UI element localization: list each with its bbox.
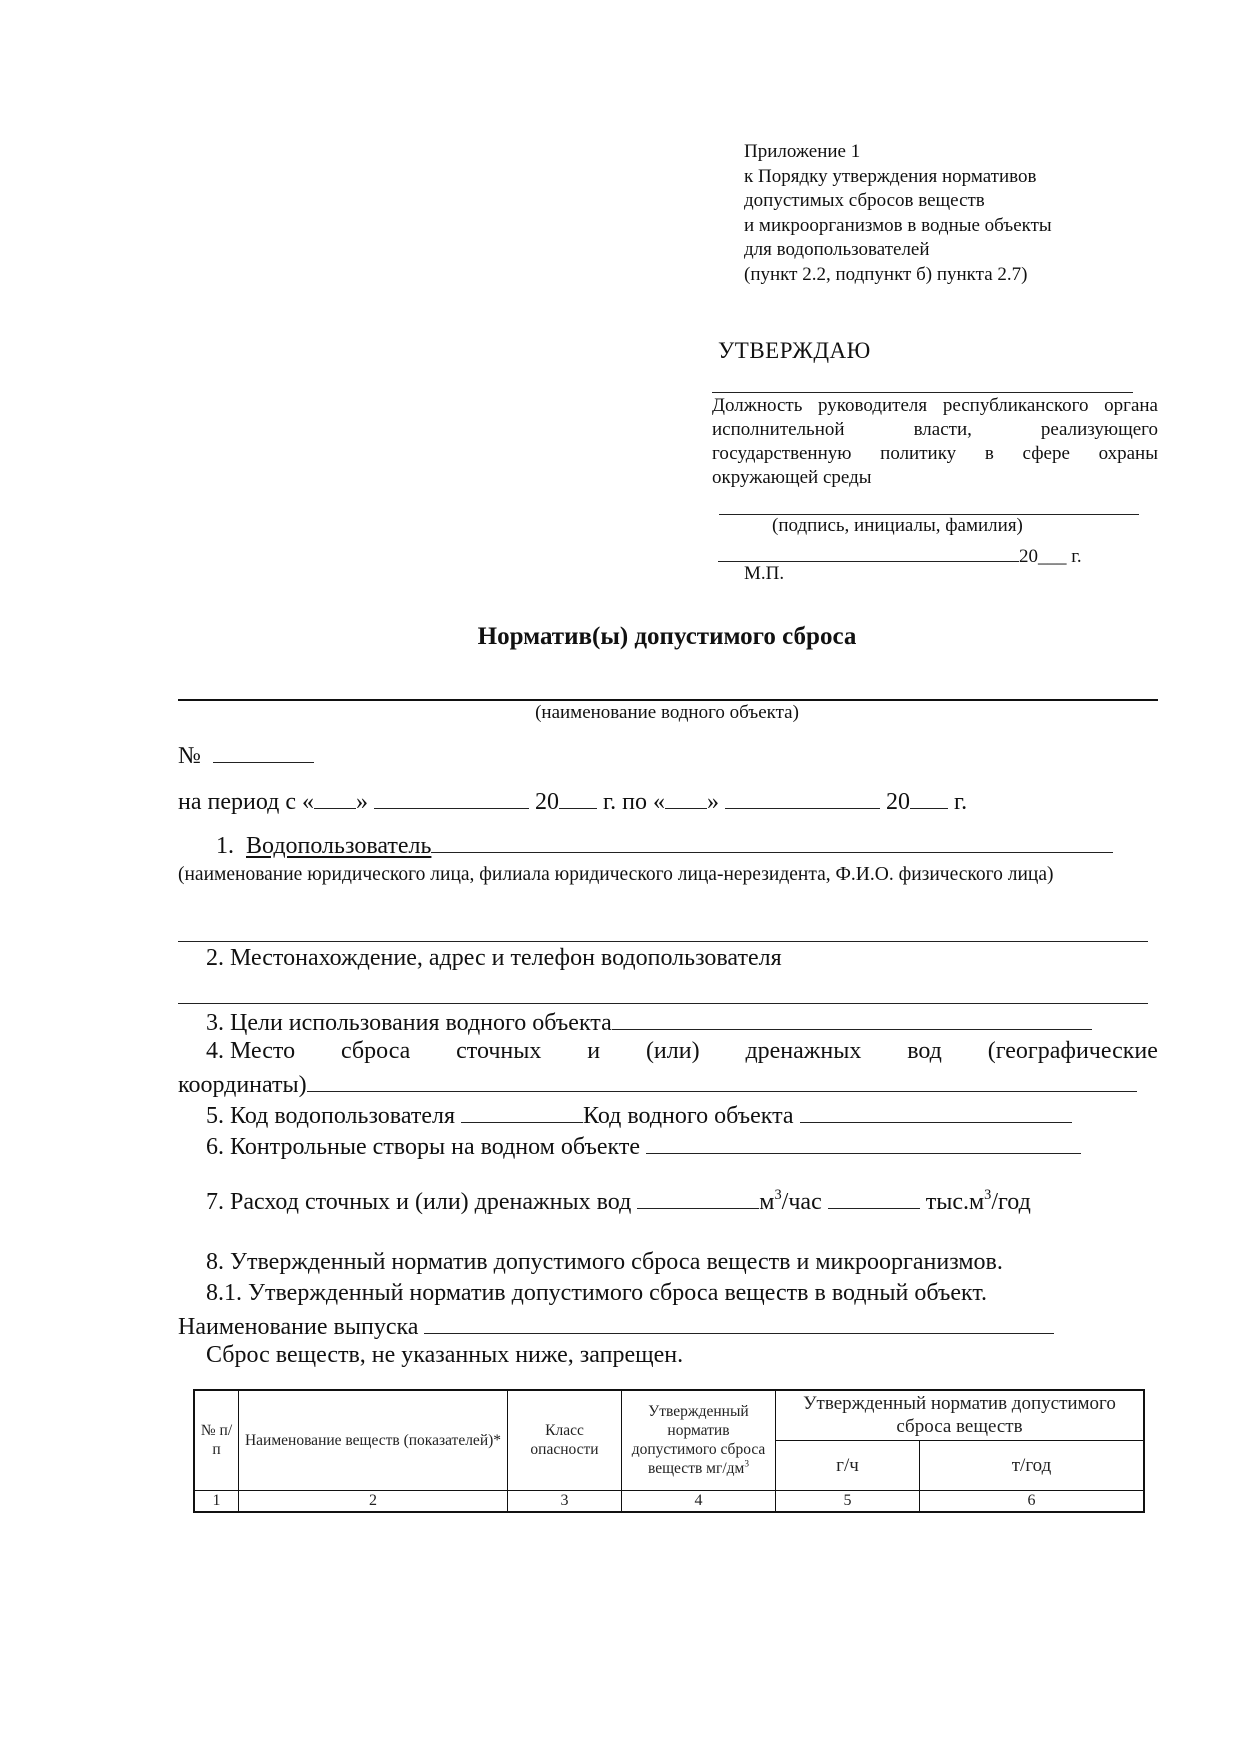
section-1-label: Водопользователь: [246, 833, 431, 859]
prohibition-note: Сброс веществ, не указанных ниже, запрещ…: [206, 1342, 683, 1369]
header-grams-per-hour: г/ч: [776, 1440, 920, 1490]
column-number-cell: 1: [194, 1490, 239, 1512]
water-object-caption: (наименование водного объекта): [0, 702, 1241, 724]
approver-position-text: Должность руководителя республиканского …: [712, 394, 1158, 490]
document-number-field[interactable]: [213, 740, 314, 763]
period-start-month-field[interactable]: [374, 786, 529, 809]
column-number-cell: 6: [920, 1490, 1145, 1512]
section-4-coordinates-label: координаты): [178, 1072, 307, 1098]
header-approved-norm-group: Утвержденный норматив допустимого сброса…: [776, 1390, 1145, 1440]
table-row: 1 2 3 4 5 6: [194, 1490, 1144, 1512]
section-4-word: сброса: [341, 1038, 410, 1065]
control-sections-field[interactable]: [646, 1131, 1081, 1154]
appendix-line: для водопользователей: [744, 238, 1052, 263]
water-object-field[interactable]: [178, 699, 1158, 701]
column-number-cell: 2: [239, 1490, 508, 1512]
section-5-row: 5. Код водопользователя Код водного объе…: [206, 1100, 1072, 1130]
water-user-field-continued[interactable]: [178, 941, 1148, 942]
header-concentration-sup: 3: [744, 1460, 749, 1470]
discharge-coordinates-field[interactable]: [307, 1069, 1137, 1092]
header-substance-text: Наименование веществ (показателей)*: [245, 1432, 501, 1449]
period-start-year-field[interactable]: [559, 786, 597, 809]
unit-thousand-m3: тыс.м: [926, 1189, 984, 1215]
water-user-code-field[interactable]: [461, 1100, 583, 1123]
document-number-row: №: [178, 740, 314, 770]
water-object-code-label: Код водного объекта: [583, 1103, 794, 1129]
appendix-line: допустимых сбросов веществ: [744, 189, 1052, 214]
header-hazard-class: Класс опасности: [508, 1390, 622, 1490]
column-number-cell: 5: [776, 1490, 920, 1512]
date-year-prefix: 20: [1019, 546, 1038, 567]
header-group-text: Утвержденный норматив допустимого сброса…: [803, 1393, 1116, 1437]
header-number-text: № п/п: [201, 1422, 232, 1458]
section-4-word: и: [587, 1038, 600, 1065]
approver-position-field[interactable]: [712, 392, 1133, 393]
section-2-label: 2. Местонахождение, адрес и телефон водо…: [206, 945, 782, 972]
appendix-reference: Приложение 1 к Порядку утверждения норма…: [744, 140, 1052, 287]
norms-table: № п/п Наименование веществ (показателей)…: [193, 1389, 1145, 1513]
outlet-row: Наименование выпуска: [178, 1311, 1054, 1341]
number-label: №: [178, 743, 201, 769]
period-end-day-field[interactable]: [665, 786, 707, 809]
column-number-cell: 4: [622, 1490, 776, 1512]
signature-caption: (подпись, инициалы, фамилия): [772, 515, 1023, 537]
location-field[interactable]: [178, 1003, 1148, 1004]
section-1-row: 1. Водопользователь: [216, 830, 1113, 860]
section-7-label: 7. Расход сточных и (или) дренажных вод: [206, 1189, 631, 1215]
period-close-quote: »: [356, 789, 368, 815]
period-end-year-field[interactable]: [910, 786, 948, 809]
period-end-month-field[interactable]: [725, 786, 880, 809]
section-6-row: 6. Контрольные створы на водном объекте: [206, 1131, 1081, 1161]
section-4-word: дренажных: [745, 1038, 861, 1065]
section-6-label: 6. Контрольные створы на водном объекте: [206, 1134, 640, 1160]
section-4-word: (или): [646, 1038, 700, 1065]
appendix-line: к Порядку утверждения нормативов: [744, 165, 1052, 190]
period-row: на период с «» 20 г. по «» 20 г.: [178, 786, 967, 816]
period-close-quote-2: »: [707, 789, 719, 815]
period-mid: г. по «: [597, 789, 665, 815]
section-8-1-label: 8.1. Утвержденный норматив допустимого с…: [206, 1280, 987, 1307]
period-prefix: на период с «: [178, 789, 314, 815]
outlet-label: Наименование выпуска: [178, 1314, 418, 1340]
purpose-field[interactable]: [612, 1007, 1092, 1030]
water-user-field[interactable]: [431, 830, 1113, 853]
section-1-number: 1.: [216, 833, 234, 859]
period-suffix: г.: [948, 789, 967, 815]
flow-per-year-field[interactable]: [828, 1186, 920, 1209]
water-object-code-field[interactable]: [800, 1100, 1072, 1123]
section-7-row: 7. Расход сточных и (или) дренажных вод …: [206, 1186, 1031, 1216]
period-end-year-prefix: 20: [886, 789, 910, 815]
period-start-year-prefix: 20: [535, 789, 559, 815]
period-start-day-field[interactable]: [314, 786, 356, 809]
header-tons-per-year: т/год: [920, 1440, 1145, 1490]
section-1-note: (наименование юридического лица, филиала…: [178, 862, 1158, 888]
approval-date-field[interactable]: [718, 539, 1019, 562]
column-number-cell: 3: [508, 1490, 622, 1512]
appendix-line: и микроорганизмов в водные объекты: [744, 214, 1052, 239]
section-3-label: 3. Цели использования водного объекта: [206, 1010, 612, 1036]
header-number: № п/п: [194, 1390, 239, 1490]
approval-heading: УТВЕРЖДАЮ: [718, 338, 871, 364]
unit-per-hour: /час: [782, 1189, 822, 1215]
section-4-row: 4. Место сброса сточных и (или) дренажны…: [206, 1038, 1158, 1065]
header-concentration: Утвержденный норматив допустимого сброса…: [622, 1390, 776, 1490]
stamp-label: М.П.: [744, 563, 784, 585]
section-4-word: сточных: [456, 1038, 541, 1065]
unit-m3-per-hour: м: [759, 1189, 774, 1215]
section-4-row-2: координаты): [178, 1069, 1137, 1099]
section-4-word: 4. Место: [206, 1038, 295, 1065]
water-user-code-label: 5. Код водопользователя: [206, 1103, 455, 1129]
unit-superscript: 3: [774, 1187, 781, 1203]
date-year-suffix: ___ г.: [1038, 546, 1082, 567]
document-title: Норматив(ы) допустимого сброса: [0, 623, 1241, 651]
section-8-label: 8. Утвержденный норматив допустимого сбр…: [206, 1249, 1003, 1276]
unit-per-year: /год: [991, 1189, 1030, 1215]
outlet-name-field[interactable]: [424, 1311, 1054, 1334]
section-3-row: 3. Цели использования водного объекта: [206, 1007, 1092, 1037]
section-4-word: вод: [907, 1038, 942, 1065]
appendix-line: (пункт 2.2, подпункт б) пункта 2.7): [744, 263, 1052, 288]
appendix-line: Приложение 1: [744, 140, 1052, 165]
flow-per-hour-field[interactable]: [637, 1186, 759, 1209]
section-4-word: (географические: [988, 1038, 1158, 1065]
header-substance: Наименование веществ (показателей)*: [239, 1390, 508, 1490]
header-hazard-class-text: Класс опасности: [530, 1422, 598, 1458]
